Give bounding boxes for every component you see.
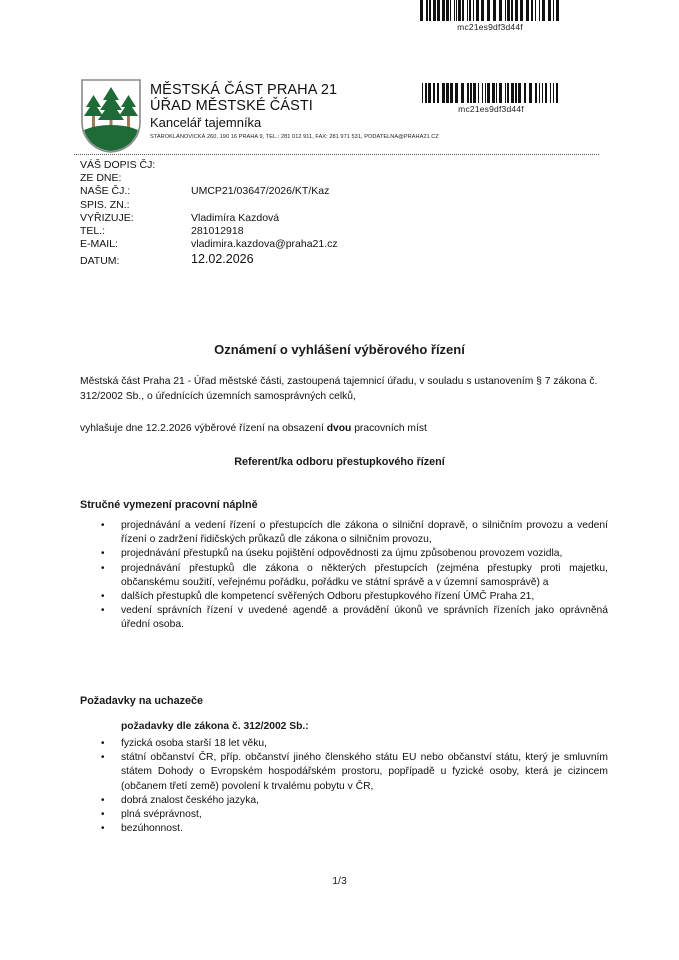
list-item: •projednávání a vedení řízení o přestupc…	[121, 519, 608, 547]
list-item: •vedení správních řízení v uvedené agend…	[121, 604, 608, 632]
list-item-text: fyzická osoba starší 18 let věku,	[121, 738, 267, 749]
list-item-text: dobrá znalost českého jazyka,	[121, 795, 259, 806]
meta-label: TEL.:	[80, 225, 191, 238]
meta-row: DATUM:12.02.2026	[80, 251, 338, 267]
list-item-text: projednávání a vedení řízení o přestupcí…	[121, 520, 608, 545]
intro-paragraph: Městská část Praha 21 - Úřad městské čás…	[80, 374, 608, 404]
announcement-text: vyhlašuje dne 12.2.2026 výběrové řízení …	[80, 423, 327, 434]
handler-email: vladimira.kazdova@praha21.cz	[191, 238, 338, 251]
meta-label: SPIS. ZN.:	[80, 199, 191, 212]
bullet-icon: •	[101, 562, 105, 576]
meta-row: TEL.:281012918	[80, 225, 338, 238]
list-item-text: státní občanství ČR, příp. občanství jin…	[121, 752, 608, 791]
barcode-text: mc21es9df3d44f	[458, 104, 524, 114]
organization-header: MĚSTSKÁ ČÁST PRAHA 21 ÚŘAD MĚSTSKÉ ČÁSTI…	[150, 82, 439, 141]
requirements-subheading: požadavky dle zákona č. 312/2002 Sb.:	[121, 721, 309, 732]
barcode-text: mc21es9df3d44f	[457, 22, 523, 32]
list-item-text: vedení správních řízení v uvedené agendě…	[121, 605, 608, 630]
department-name: Kancelář tajemníka	[150, 115, 439, 131]
list-item-text: bezúhonnost.	[121, 823, 183, 834]
duties-list: •projednávání a vedení řízení o přestupc…	[121, 519, 608, 633]
meta-label: VYŘIZUJE:	[80, 212, 191, 225]
bullet-icon: •	[101, 751, 105, 765]
bullet-icon: •	[101, 519, 105, 533]
list-item-text: dalších přestupků dle kompetencí svěřený…	[121, 591, 534, 602]
position-count: dvou	[327, 423, 352, 434]
meta-row: SPIS. ZN.:	[80, 199, 338, 212]
org-name: MĚSTSKÁ ČÁST PRAHA 21	[150, 82, 439, 98]
meta-row: NAŠE ČJ.:UMCP21/03647/2026/KT/Kaz	[80, 185, 338, 198]
meta-label: E-MAIL:	[80, 238, 191, 251]
list-item: •fyzická osoba starší 18 let věku,	[121, 737, 608, 751]
meta-label: ZE DNE:	[80, 172, 191, 185]
list-item-text: projednávání přestupků dle zákona o někt…	[121, 563, 608, 588]
requirements-list: •fyzická osoba starší 18 let věku,•státn…	[121, 737, 608, 836]
letter-metadata: VÁŠ DOPIS ČJ: ZE DNE: NAŠE ČJ.:UMCP21/03…	[80, 159, 338, 267]
position-title: Referent/ka odboru přestupkového řízení	[0, 456, 679, 468]
meta-row: VYŘIZUJE:Vladimíra Kazdová	[80, 212, 338, 225]
requirements-heading: Požadavky na uchazeče	[80, 695, 203, 707]
list-item-text: plná svéprávnost,	[121, 809, 202, 820]
list-item: •projednávání přestupků dle zákona o něk…	[121, 562, 608, 590]
bullet-icon: •	[101, 590, 105, 604]
list-item: •plná svéprávnost,	[121, 808, 608, 822]
barcode-bars	[422, 83, 560, 103]
bullet-icon: •	[101, 808, 105, 822]
org-address: STAROKLÁNOVICKÁ 260, 190 16 PRAHA 9, TEL…	[150, 133, 439, 141]
list-item: •dalších přestupků dle kompetencí svěřen…	[121, 590, 608, 604]
duties-heading: Stručné vymezení pracovní náplně	[80, 499, 258, 511]
list-item: •dobrá znalost českého jazyka,	[121, 794, 608, 808]
bullet-icon: •	[101, 547, 105, 561]
coat-of-arms-icon	[80, 78, 142, 154]
document-title: Oznámení o vyhlášení výběrového řízení	[0, 342, 679, 357]
list-item: •státní občanství ČR, příp. občanství ji…	[121, 751, 608, 794]
bullet-icon: •	[101, 794, 105, 808]
announcement-text: pracovních míst	[351, 423, 427, 434]
list-item-text: projednávání přestupků na úseku pojištěn…	[121, 548, 562, 559]
meta-row: ZE DNE:	[80, 172, 338, 185]
meta-row: E-MAIL:vladimira.kazdova@praha21.cz	[80, 238, 338, 251]
handler-phone: 281012918	[191, 225, 244, 238]
header-separator	[74, 154, 599, 155]
meta-label: NAŠE ČJ.:	[80, 185, 191, 198]
bullet-icon: •	[101, 822, 105, 836]
office-name: ÚŘAD MĚSTSKÉ ČÁSTI	[150, 98, 439, 114]
list-item: •projednávání přestupků na úseku pojiště…	[121, 547, 608, 561]
page-number: 1/3	[0, 875, 679, 887]
list-item: •bezúhonnost.	[121, 822, 608, 836]
letter-date: 12.02.2026	[191, 251, 254, 267]
announcement-paragraph: vyhlašuje dne 12.2.2026 výběrové řízení …	[80, 421, 608, 436]
bullet-icon: •	[101, 737, 105, 751]
meta-label: DATUM:	[80, 251, 191, 267]
bullet-icon: •	[101, 604, 105, 618]
meta-row: VÁŠ DOPIS ČJ:	[80, 159, 338, 172]
barcode-header: mc21es9df3d44f	[422, 83, 560, 114]
reference-number: UMCP21/03647/2026/KT/Kaz	[191, 185, 329, 198]
handler-name: Vladimíra Kazdová	[191, 212, 279, 225]
meta-label: VÁŠ DOPIS ČJ:	[80, 159, 191, 172]
barcode-top: mc21es9df3d44f	[420, 0, 560, 32]
barcode-bars	[420, 0, 560, 21]
